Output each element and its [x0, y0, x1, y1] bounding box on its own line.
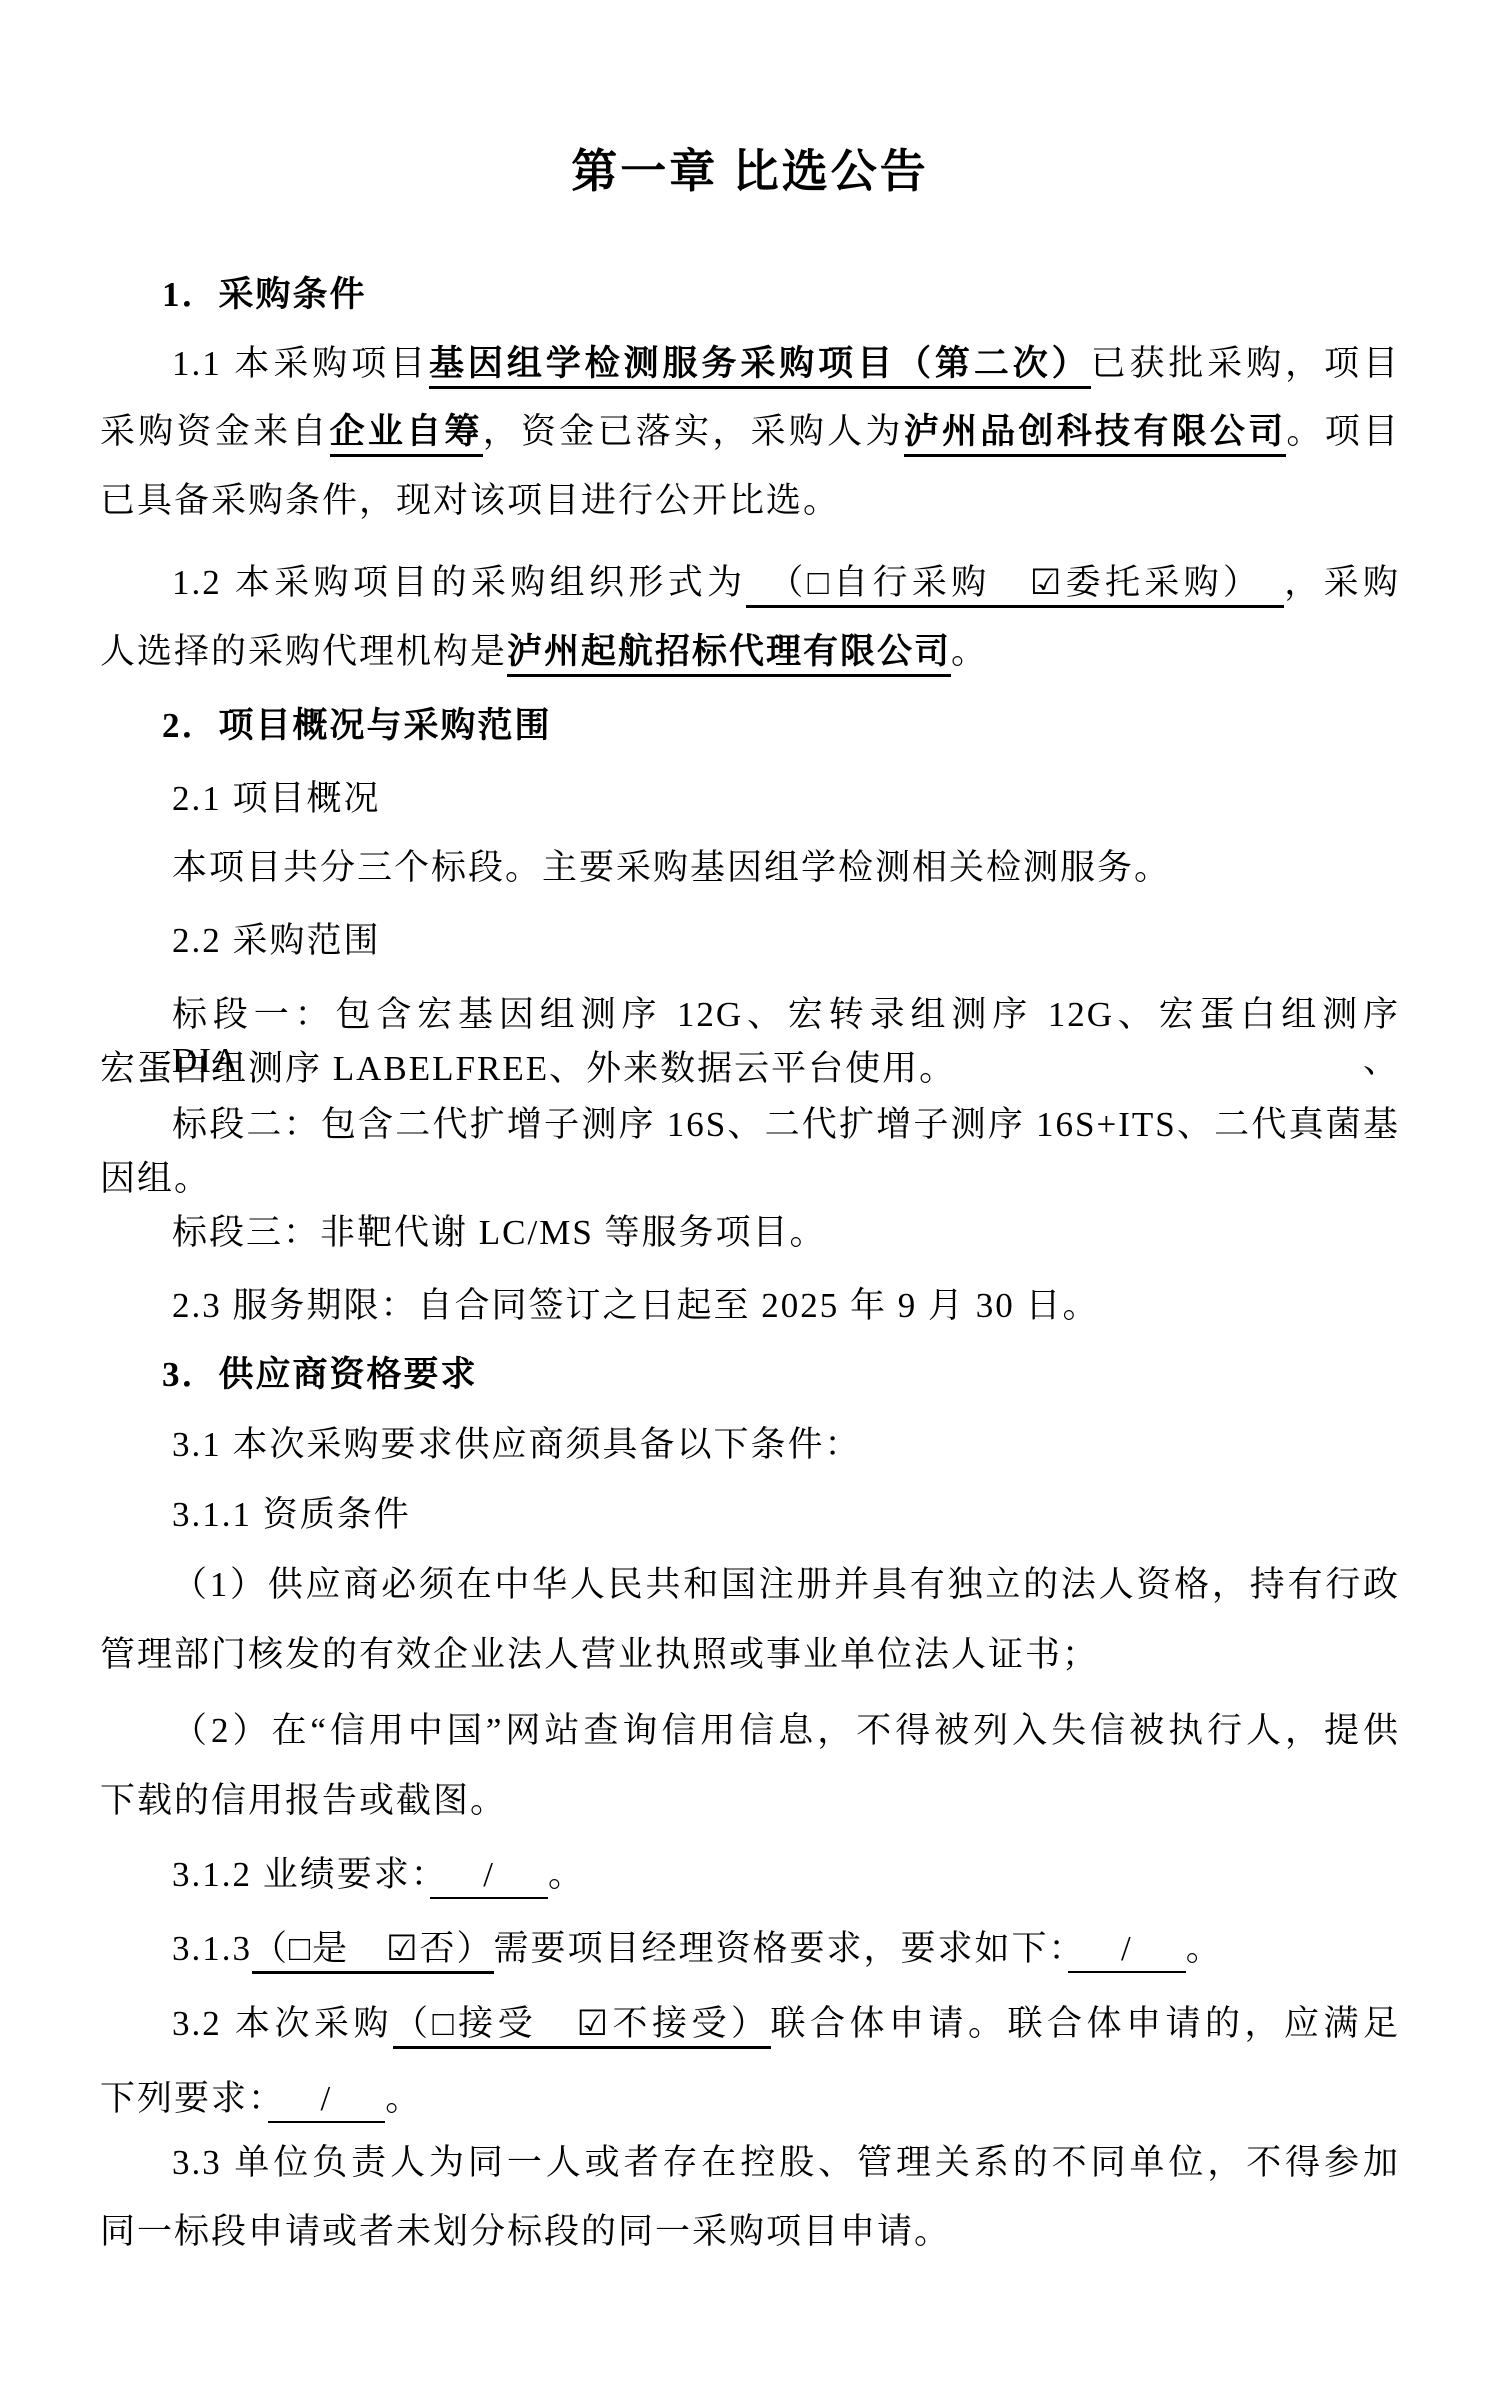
text-segment: 3.1.3	[172, 1929, 252, 1968]
text-segment: 2．项目概况与采购范围	[162, 706, 552, 745]
heading-3-supplier-qualifications: 3．供应商资格要求	[100, 1352, 1400, 1398]
para-1-1-line-2: 采购资金来自企业自筹，资金已落实，采购人为泸州品创科技有限公司。项目	[100, 409, 1400, 455]
text-segment: 2.2 采购范围	[172, 921, 381, 960]
performance-blank: /	[430, 1855, 548, 1899]
text-segment: 需要项目经理资格要求，要求如下：	[494, 1929, 1069, 1968]
qual-2-line-1: （2）在“信用中国”网站查询信用信息，不得被列入失信被执行人，提供	[100, 1708, 1400, 1754]
text-segment: ，采购	[1284, 563, 1400, 602]
para-3-2-line-2: 下列要求： / 。	[100, 2076, 1400, 2122]
text-segment: ，资金已落实，采购人为	[483, 412, 904, 451]
lot-3-line: 标段三：非靶代谢 LC/MS 等服务项目。	[100, 1210, 1400, 1256]
lot-2-line-1: 标段二：包含二代扩增子测序 16S、二代扩增子测序 16S+ITS、二代真菌基	[100, 1102, 1400, 1148]
purchaser-name: 泸州品创科技有限公司	[904, 412, 1287, 457]
pm-requirement-blank: /	[1068, 1929, 1186, 1973]
sub-2-2-heading: 2.2 采购范围	[100, 918, 1400, 964]
text-segment: （1）供应商必须在中华人民共和国注册并具有独立的法人资格，持有行政	[172, 1565, 1400, 1604]
para-3-1-1-heading: 3.1.1 资质条件	[100, 1492, 1400, 1538]
text-segment: 。项目	[1286, 412, 1400, 451]
text-segment: 。	[1186, 1929, 1223, 1968]
para-2-3-service-period: 2.3 服务期限：自合同签订之日起至 2025 年 9 月 30 日。	[100, 1283, 1400, 1329]
text-segment: 1.2 本采购项目的采购组织形式为	[172, 563, 746, 602]
heading-1-procurement-conditions: 1．采购条件	[100, 272, 1400, 318]
text-segment: 同一标段申请或者未划分标段的同一采购项目申请。	[100, 2212, 951, 2251]
text-segment: 管理部门核发的有效企业法人营业执照或事业单位法人证书；	[100, 1635, 1099, 1674]
org-form-options: （□自行采购 ☑委托采购）	[746, 563, 1284, 608]
para-3-1: 3.1 本次采购要求供应商须具备以下条件：	[100, 1422, 1400, 1468]
lot-2-line-2: 因组。	[100, 1156, 1400, 1202]
document-page: 第一章 比选公告 1．采购条件1.1 本采购项目基因组学检测服务采购项目（第二次…	[0, 0, 1500, 2401]
project-name: 基因组学检测服务采购项目（第二次）	[429, 344, 1091, 389]
para-1-2-line-2: 人选择的采购代理机构是泸州起航招标代理有限公司。	[100, 629, 1400, 675]
pm-requirement-options: （□是 ☑否）	[252, 1929, 494, 1974]
text-segment: （2）在“信用中国”网站查询信用信息，不得被列入失信被执行人，提供	[172, 1711, 1400, 1750]
agency-name: 泸州起航招标代理有限公司	[507, 632, 951, 677]
heading-2-project-overview: 2．项目概况与采购范围	[100, 703, 1400, 749]
text-segment: 。	[385, 2079, 422, 2118]
para-3-2-line-1: 3.2 本次采购（□接受 ☑不接受）联合体申请。联合体申请的，应满足	[100, 2001, 1400, 2047]
lot-1-line-2: 宏蛋白组测序 LABELFREE、外来数据云平台使用。	[100, 1046, 1400, 1092]
consortium-options: （□接受 ☑不接受）	[393, 2004, 771, 2049]
text-segment: 宏蛋白组测序 LABELFREE、外来数据云平台使用。	[100, 1049, 956, 1088]
text-segment: 2.3 服务期限：自合同签订之日起至 2025 年 9 月 30 日。	[172, 1286, 1100, 1325]
text-segment: 3．供应商资格要求	[162, 1355, 478, 1394]
para-1-2-line-1: 1.2 本采购项目的采购组织形式为 （□自行采购 ☑委托采购） ，采购	[100, 560, 1400, 606]
text-segment: 。	[951, 632, 988, 671]
text-segment: 3.1.1 资质条件	[172, 1495, 411, 1534]
para-3-3-line-2: 同一标段申请或者未划分标段的同一采购项目申请。	[100, 2209, 1400, 2255]
text-segment: 标段二：包含二代扩增子测序 16S、二代扩增子测序 16S+ITS、二代真菌基	[172, 1105, 1400, 1144]
text-segment: 下载的信用报告或截图。	[100, 1781, 507, 1820]
funding-source: 企业自筹	[330, 412, 483, 457]
text-segment: 。	[548, 1855, 585, 1894]
text-segment: 已具备采购条件，现对该项目进行公开比选。	[100, 481, 840, 520]
text-segment: 3.3 单位负责人为同一人或者存在控股、管理关系的不同单位，不得参加	[172, 2143, 1400, 2182]
text-segment: 人选择的采购代理机构是	[100, 632, 507, 671]
text-segment: 3.1 本次采购要求供应商须具备以下条件：	[172, 1425, 862, 1464]
text-segment: 因组。	[100, 1159, 211, 1198]
text-segment: 标段三：非靶代谢 LC/MS 等服务项目。	[172, 1213, 827, 1252]
text-segment: 已获批采购，项目	[1091, 344, 1400, 383]
para-2-1-content: 本项目共分三个标段。主要采购基因组学检测相关检测服务。	[100, 845, 1400, 891]
text-segment: 2.1 项目概况	[172, 779, 381, 818]
para-3-1-2-performance: 3.1.2 业绩要求： / 。	[100, 1852, 1400, 1898]
text-segment: 3.1.2 业绩要求：	[172, 1855, 430, 1894]
text-segment: 3.2 本次采购	[172, 2004, 393, 2043]
para-3-1-3-pm-requirement: 3.1.3（□是 ☑否）需要项目经理资格要求，要求如下： / 。	[100, 1926, 1400, 1972]
text-segment: 本项目共分三个标段。主要采购基因组学检测相关检测服务。	[172, 848, 1171, 887]
text-segment: 1．采购条件	[162, 275, 367, 314]
text-segment: 下列要求：	[100, 2079, 268, 2118]
qual-2-line-2: 下载的信用报告或截图。	[100, 1778, 1400, 1824]
consortium-blank: /	[268, 2079, 386, 2123]
text-segment: 联合体申请。联合体申请的，应满足	[771, 2004, 1400, 2043]
qual-1-line-2: 管理部门核发的有效企业法人营业执照或事业单位法人证书；	[100, 1632, 1400, 1678]
sub-2-1-heading: 2.1 项目概况	[100, 776, 1400, 822]
text-segment: 采购资金来自	[100, 412, 330, 451]
para-3-3-line-1: 3.3 单位负责人为同一人或者存在控股、管理关系的不同单位，不得参加	[100, 2140, 1400, 2186]
para-1-1-line-1: 1.1 本采购项目基因组学检测服务采购项目（第二次）已获批采购，项目	[100, 341, 1400, 387]
para-1-1-line-3: 已具备采购条件，现对该项目进行公开比选。	[100, 478, 1400, 524]
chapter-title: 第一章 比选公告	[0, 146, 1500, 199]
text-segment: 1.1 本采购项目	[172, 344, 429, 383]
qual-1-line-1: （1）供应商必须在中华人民共和国注册并具有独立的法人资格，持有行政	[100, 1562, 1400, 1608]
